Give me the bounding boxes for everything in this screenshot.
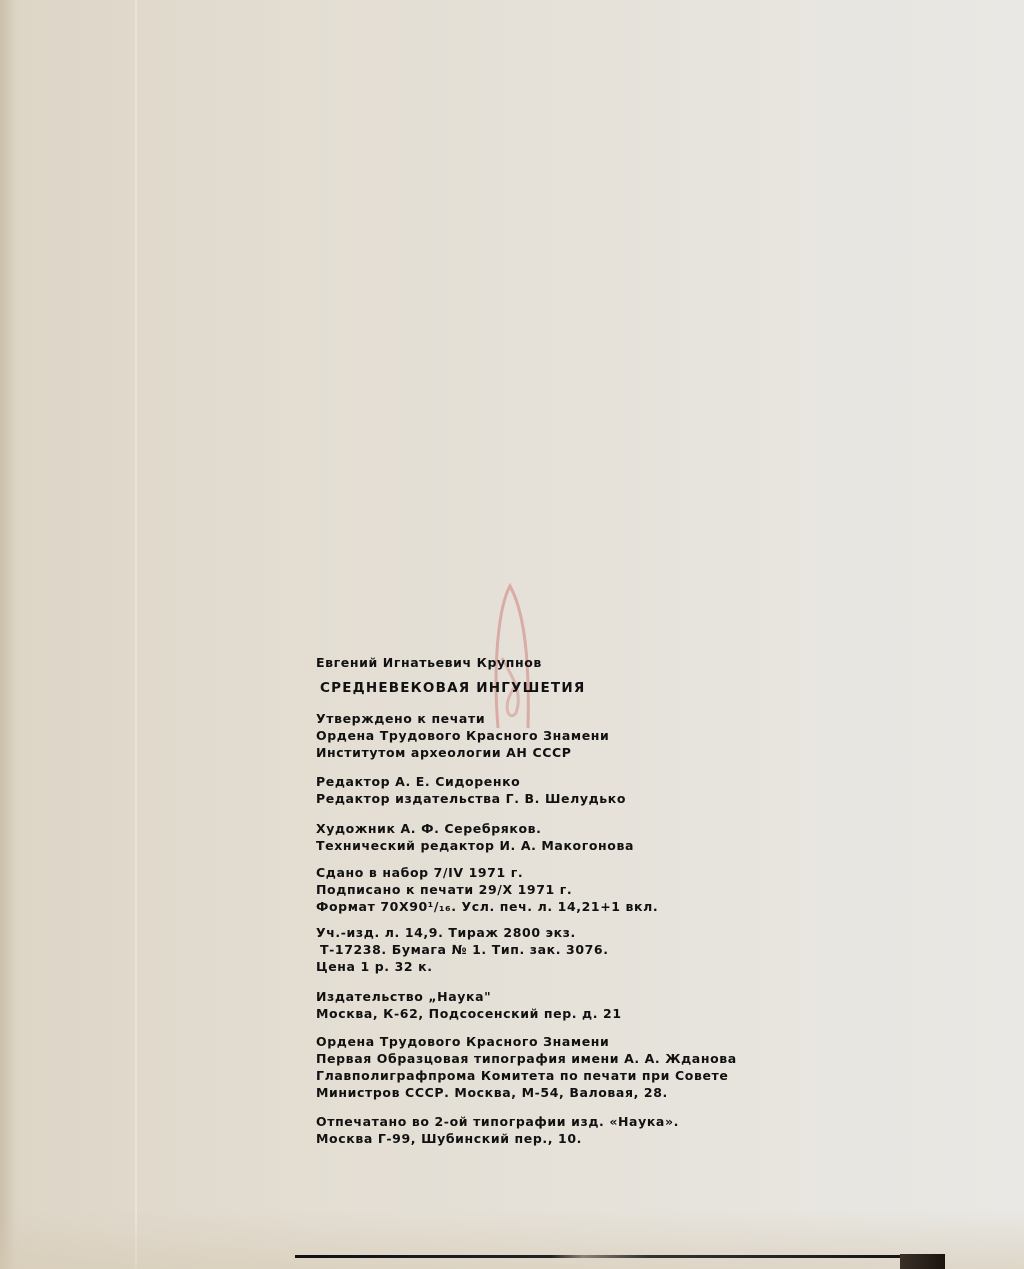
- printing-house-line: Первая Образцовая типография имени А. А.…: [316, 1050, 737, 1067]
- bottom-shadow: [0, 1209, 1024, 1269]
- print-date-line: Сдано в набор 7/IV 1971 г.: [316, 864, 737, 881]
- publisher-address: Москва, К-62, Подсосенский пер. д. 21: [316, 1005, 737, 1022]
- price-line: Цена 1 р. 32 к.: [316, 958, 737, 975]
- page-fold-line: [135, 0, 137, 1269]
- staff-section: Художник А. Ф. Серебряков. Технический р…: [316, 820, 737, 854]
- imprint-block: Евгений Игнатьевич Крупнов СРЕДНЕВЕКОВАЯ…: [316, 654, 737, 1147]
- editors-section: Редактор А. Е. Сидоренко Редактор издате…: [316, 773, 737, 807]
- staff-line: Художник А. Ф. Серебряков.: [316, 820, 737, 837]
- approval-line: Ордена Трудового Красного Знамени: [316, 727, 737, 744]
- bottom-corner-shadow: [900, 1254, 945, 1269]
- printed-at-line: Москва Г-99, Шубинский пер., 10.: [316, 1130, 737, 1147]
- page-edge-shadow: [0, 0, 14, 1269]
- approval-section: Утверждено к печати Ордена Трудового Кра…: [316, 710, 737, 761]
- editor-line: Редактор издательства Г. В. Шелудько: [316, 790, 737, 807]
- publisher-section: Издательство „Наука" Москва, К-62, Подсо…: [316, 988, 737, 1022]
- approval-line: Институтом археологии АН СССР: [316, 744, 737, 761]
- bottom-page-edge: [295, 1255, 935, 1258]
- printed-at-line: Отпечатано во 2-ой типографии изд. «Наук…: [316, 1113, 737, 1130]
- author-name: Евгений Игнатьевич Крупнов: [316, 654, 737, 671]
- printing-house-line: Ордена Трудового Красного Знамени: [316, 1033, 737, 1050]
- editor-line: Редактор А. Е. Сидоренко: [316, 773, 737, 790]
- print-dates-section: Сдано в набор 7/IV 1971 г. Подписано к п…: [316, 864, 737, 915]
- publisher-name: Издательство „Наука": [316, 988, 737, 1005]
- approval-line: Утверждено к печати: [316, 710, 737, 727]
- print-format-line: Формат 70Х90¹/₁₆. Усл. печ. л. 14,21+1 в…: [316, 898, 737, 915]
- staff-line: Технический редактор И. А. Макогонова: [316, 837, 737, 854]
- printing-house-line: Министров СССР. Москва, М-54, Валовая, 2…: [316, 1084, 737, 1101]
- print-detail-line: Т-17238. Бумага № 1. Тип. зак. 3076.: [316, 941, 737, 958]
- printing-house-line: Главполиграфпрома Комитета по печати при…: [316, 1067, 737, 1084]
- book-title: СРЕДНЕВЕКОВАЯ ИНГУШЕТИЯ: [316, 680, 737, 697]
- printed-at-section: Отпечатано во 2-ой типографии изд. «Наук…: [316, 1113, 737, 1147]
- print-details-section: Уч.-изд. л. 14,9. Тираж 2800 экз. Т-1723…: [316, 924, 737, 975]
- print-detail-line: Уч.-изд. л. 14,9. Тираж 2800 экз.: [316, 924, 737, 941]
- print-date-line: Подписано к печати 29/X 1971 г.: [316, 881, 737, 898]
- printing-house-section: Ордена Трудового Красного Знамени Первая…: [316, 1033, 737, 1101]
